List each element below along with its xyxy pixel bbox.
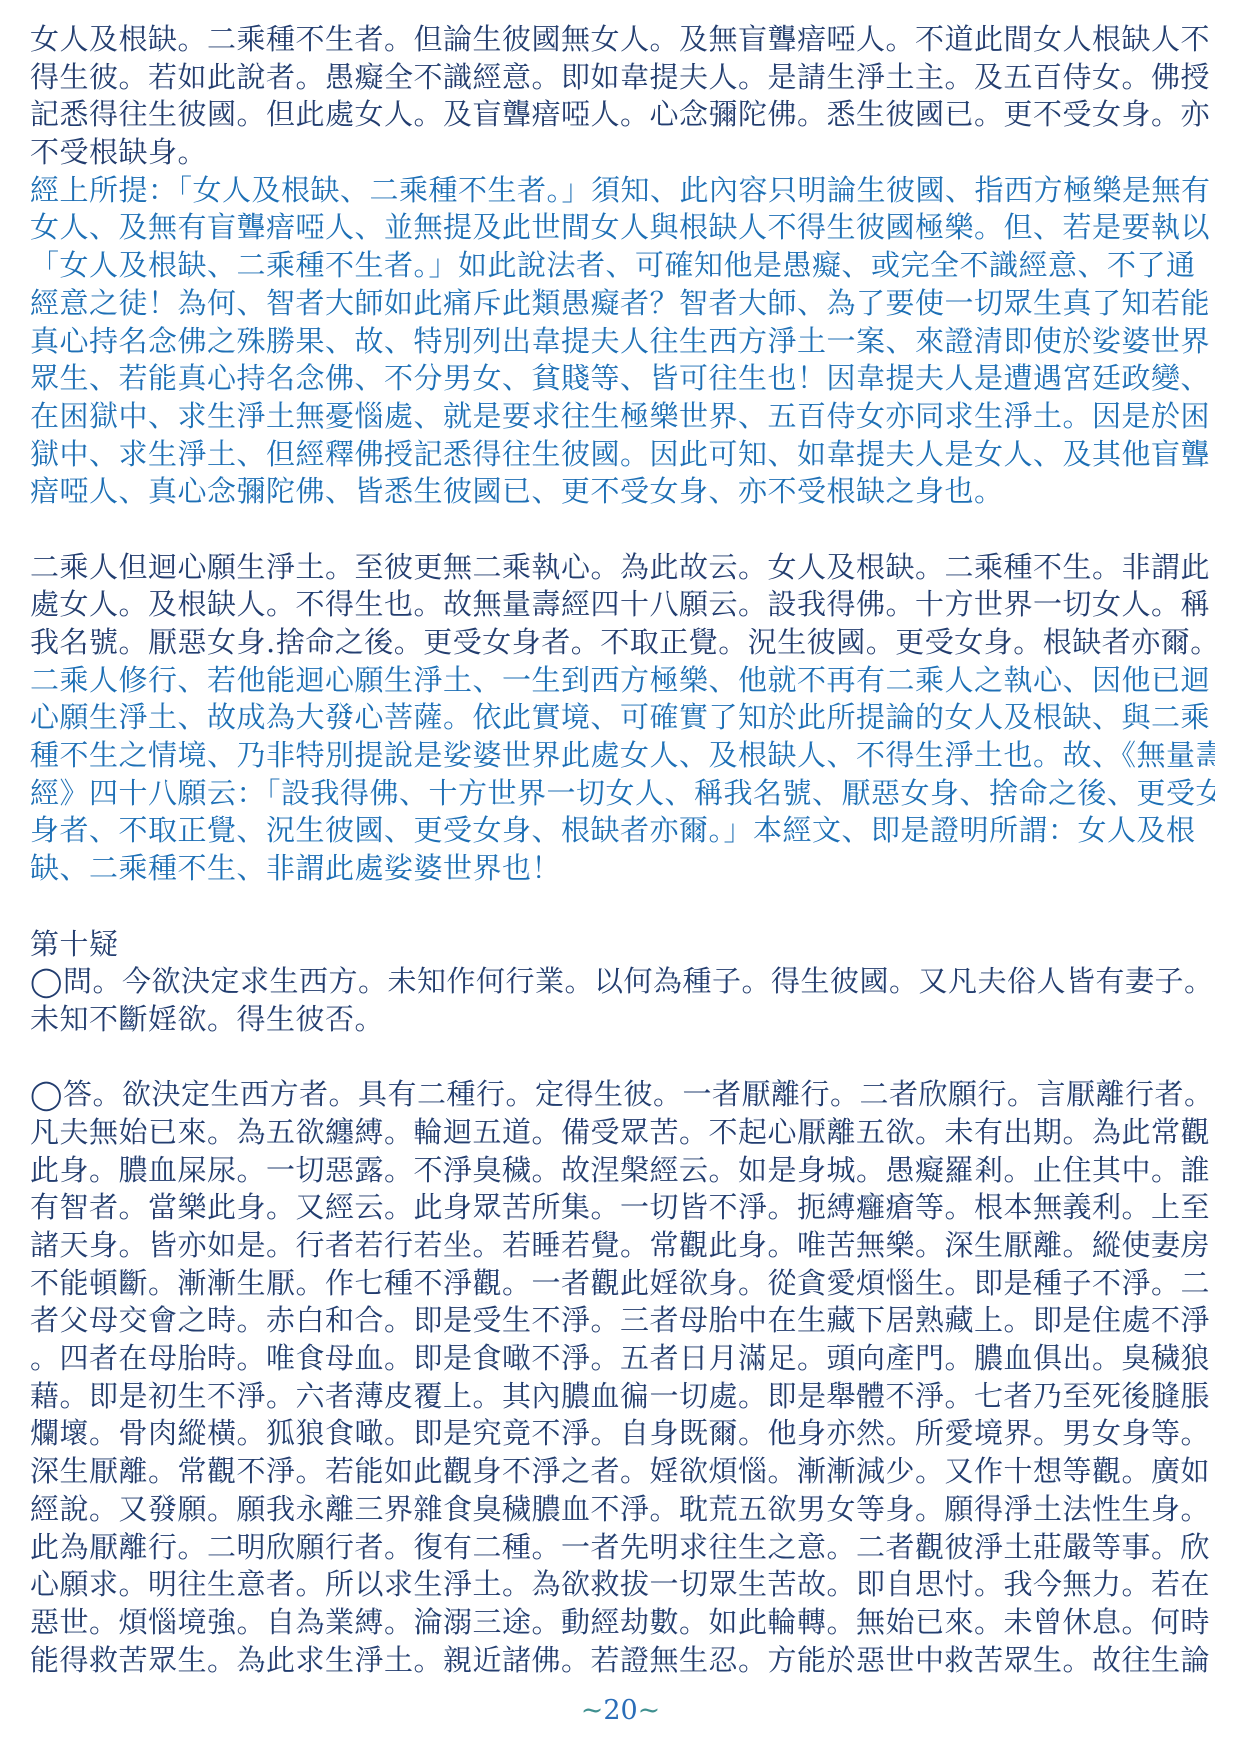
text-paragraph: 二乘人修行、若他能迴心願生淨土、一生到西方極樂、他就不再有二乘人之執心、因他已迴… [30, 662, 1215, 888]
text-line: 在困獄中、求生淨土無憂惱處、就是要求往生極樂世界、五百侍女亦同求生淨土。因是於困 [30, 398, 1215, 436]
text-line: 女人、及無有盲聾瘖啞人、並無提及此世間女人與根缺人不得生彼國極樂。但、若是要執以 [30, 209, 1215, 247]
paragraph-spacer [30, 888, 1215, 926]
text-line: 心願生淨土、故成為大發心菩薩。依此實境、可確實了知於此所提論的女人及根缺、與二乘 [30, 699, 1215, 737]
text-line: 種不生之情境、乃非特別提說是娑婆世界此處女人、及根缺人、不得生淨土也。故、《無量… [30, 737, 1215, 775]
text-line: 諸天身。皆亦如是。行者若行若坐。若睡若覺。常觀此身。唯苦無樂。深生厭離。縱使妻房 [30, 1227, 1215, 1265]
text-line: 獄中、求生淨土、但經釋佛授記悉得往生彼國。因此可知、如韋提夫人是女人、及其他盲聾 [30, 436, 1215, 474]
text-line: 記悉得往生彼國。但此處女人。及盲聾瘖啞人。心念彌陀佛。悉生彼國已。更不受女身。亦 [30, 96, 1215, 134]
text-line: 不受根缺身。 [30, 134, 1215, 172]
page-number-value: 20 [603, 1695, 637, 1726]
text-line: ◯答。欲決定生西方者。具有二種行。定得生彼。一者厭離行。二者欣願行。言厭離行者。 [30, 1076, 1215, 1114]
paragraph-spacer [30, 1039, 1215, 1077]
text-line: 瘖啞人、真心念彌陀佛、皆悉生彼國已、更不受女身、亦不受根缺之身也。 [30, 473, 1215, 511]
text-paragraph: 經上所提：「女人及根缺、二乘種不生者。」須知、此內容只明論生彼國、指西方極樂是無… [30, 172, 1215, 511]
text-line: 不能頓斷。漸漸生厭。作七種不淨觀。一者觀此婬欲身。從貪愛煩惱生。即是種子不淨。二 [30, 1265, 1215, 1303]
text-paragraph: 第十疑 [30, 926, 1215, 964]
text-line: 「女人及根缺、二乘種不生者。」如此說法者、可確知他是愚癡、或完全不識經意、不了通 [30, 247, 1215, 285]
text-paragraph: ◯問。今欲決定求生西方。未知作何行業。以何為種子。得生彼國。又凡夫俗人皆有妻子。… [30, 963, 1215, 1038]
text-line: 二乘人修行、若他能迴心願生淨土、一生到西方極樂、他就不再有二乘人之執心、因他已迴 [30, 662, 1215, 700]
page-number: ~20~ [0, 1694, 1241, 1728]
text-line: 惡世。煩惱境強。自為業縛。淪溺三途。動經劫數。如此輪轉。無始已來。未曾休息。何時 [30, 1604, 1215, 1642]
text-paragraph: 女人及根缺。二乘種不生者。但論生彼國無女人。及無盲聾瘖啞人。不道此間女人根缺人不… [30, 21, 1215, 172]
text-line: 經上所提：「女人及根缺、二乘種不生者。」須知、此內容只明論生彼國、指西方極樂是無… [30, 172, 1215, 210]
page-number-tilde-left: ~ [581, 1695, 604, 1726]
text-line: 得生彼。若如此說者。愚癡全不識經意。即如韋提夫人。是請生淨土主。及五百侍女。佛授 [30, 59, 1215, 97]
text-line: 者父母交會之時。赤白和合。即是受生不淨。三者母胎中在生藏下居熟藏上。即是住處不淨 [30, 1302, 1215, 1340]
text-line: 經說。又發願。願我永離三界雜食臭穢膿血不淨。耽荒五欲男女等身。願得淨土法性生身。 [30, 1491, 1215, 1529]
text-line: 此為厭離行。二明欣願行者。復有二種。一者先明求往生之意。二者觀彼淨土莊嚴等事。欣 [30, 1529, 1215, 1567]
text-line: 凡夫無始已來。為五欲纏縛。輪迴五道。備受眾苦。不起心厭離五欲。未有出期。為此常觀 [30, 1114, 1215, 1152]
document-text: 女人及根缺。二乘種不生者。但論生彼國無女人。及無盲聾瘖啞人。不道此間女人根缺人不… [30, 21, 1215, 1679]
text-line: 眾生、若能真心持名念佛、不分男女、貧賤等、皆可往生也！因韋提夫人是遭遇宮廷政變、 [30, 360, 1215, 398]
text-line: 心願求。明往生意者。所以求生淨土。為欲救拔一切眾生苦故。即自思忖。我今無力。若在 [30, 1566, 1215, 1604]
text-line: 爛壞。骨肉縱橫。狐狼食噉。即是究竟不淨。自身既爾。他身亦然。所愛境界。男女身等。 [30, 1415, 1215, 1453]
text-line: 處女人。及根缺人。不得生也。故無量壽經四十八願云。設我得佛。十方世界一切女人。稱 [30, 586, 1215, 624]
text-line: ◯問。今欲決定求生西方。未知作何行業。以何為種子。得生彼國。又凡夫俗人皆有妻子。 [30, 963, 1215, 1001]
text-line: 二乘人但迴心願生淨土。至彼更無二乘執心。為此故云。女人及根缺。二乘種不生。非謂此 [30, 549, 1215, 587]
text-line: 真心持名念佛之殊勝果、故、特別列出韋提夫人往生西方淨土一案、來證清即使於娑婆世界 [30, 323, 1215, 361]
text-line: 。四者在母胎時。唯食母血。即是食噉不淨。五者日月滿足。頭向產門。膿血俱出。臭穢狼 [30, 1340, 1215, 1378]
text-line: 能得救苦眾生。為此求生淨土。親近諸佛。若證無生忍。方能於惡世中救苦眾生。故往生論 [30, 1642, 1215, 1680]
text-line: 有智者。當樂此身。又經云。此身眾苦所集。一切皆不淨。扼縛癰瘡等。根本無義利。上至 [30, 1189, 1215, 1227]
text-line: 經》四十八願云：「設我得佛、十方世界一切女人、稱我名號、厭惡女身、捨命之後、更受… [30, 775, 1215, 813]
text-line: 深生厭離。常觀不淨。若能如此觀身不淨之者。婬欲煩惱。漸漸減少。又作十想等觀。廣如 [30, 1453, 1215, 1491]
paragraph-spacer [30, 511, 1215, 549]
text-paragraph: ◯答。欲決定生西方者。具有二種行。定得生彼。一者厭離行。二者欣願行。言厭離行者。… [30, 1076, 1215, 1679]
text-line: 經意之徒！為何、智者大師如此痛斥此類愚癡者？智者大師、為了要使一切眾生真了知若能 [30, 285, 1215, 323]
text-line: 缺、二乘種不生、非謂此處娑婆世界也！ [30, 850, 1215, 888]
text-line: 藉。即是初生不淨。六者薄皮覆上。其內膿血徧一切處。即是舉體不淨。七者乃至死後膖脹 [30, 1378, 1215, 1416]
text-line: 我名號。厭惡女身.捨命之後。更受女身者。不取正覺。況生彼國。更受女身。根缺者亦爾… [30, 624, 1215, 662]
text-paragraph: 二乘人但迴心願生淨土。至彼更無二乘執心。為此故云。女人及根缺。二乘種不生。非謂此… [30, 549, 1215, 662]
text-line: 未知不斷婬欲。得生彼否。 [30, 1001, 1215, 1039]
text-line: 第十疑 [30, 926, 1215, 964]
text-line: 女人及根缺。二乘種不生者。但論生彼國無女人。及無盲聾瘖啞人。不道此間女人根缺人不 [30, 21, 1215, 59]
page-number-tilde-right: ~ [638, 1695, 661, 1726]
text-line: 此身。膿血屎尿。一切惡露。不淨臭穢。故涅槃經云。如是身城。愚癡羅剎。止住其中。誰 [30, 1152, 1215, 1190]
text-line: 身者、不取正覺、況生彼國、更受女身、根缺者亦爾。」本經文、即是證明所謂：女人及根 [30, 812, 1215, 850]
